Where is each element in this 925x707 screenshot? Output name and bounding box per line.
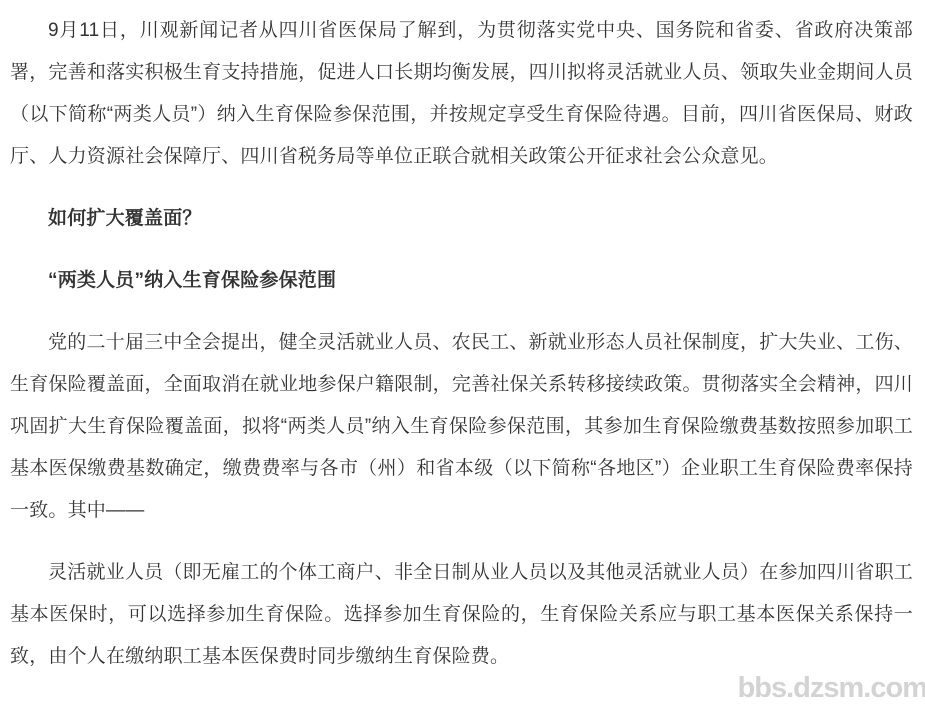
paragraph-flexible-workers: 灵活就业人员（即无雇工的个体工商户、非全日制从业人员以及其他灵活就业人员）在参加… — [10, 552, 913, 678]
watermark: bbs.dzsm.com — [738, 672, 925, 705]
section-heading-coverage: 如何扩大覆盖面？ — [10, 198, 913, 240]
article-body: 9月11日，川观新闻记者从四川省医保局了解到，为贯彻落实党中央、国务院和省委、省… — [0, 0, 925, 678]
paragraph-intro: 9月11日，川观新闻记者从四川省医保局了解到，为贯彻落实党中央、国务院和省委、省… — [10, 10, 913, 178]
section-heading-two-groups: “两类人员”纳入生育保险参保范围 — [10, 260, 913, 302]
paragraph-plenum-policy: 党的二十届三中全会提出，健全灵活就业人员、农民工、新就业形态人员社保制度，扩大失… — [10, 322, 913, 532]
